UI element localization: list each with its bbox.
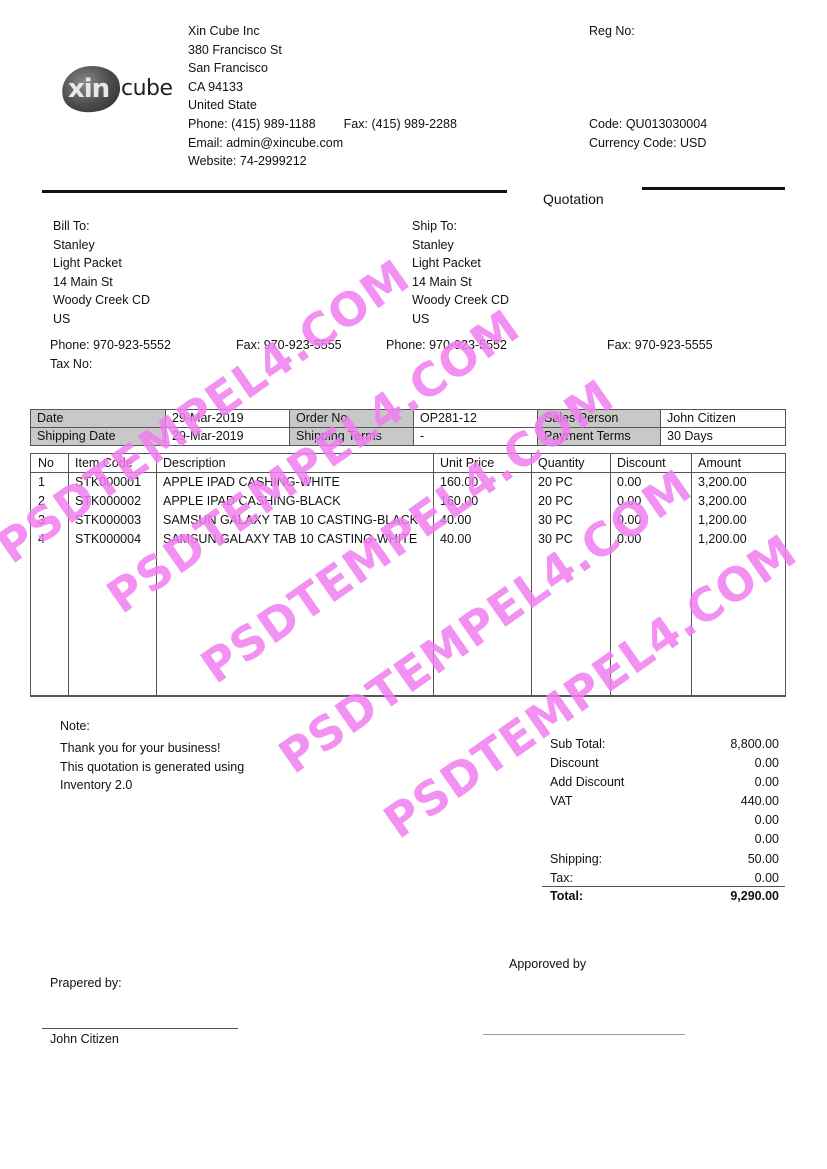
cell-quantity: 20 PC	[538, 492, 573, 511]
company-details: Xin Cube Inc 380 Francisco St San Franci…	[188, 22, 457, 171]
reg-no: Reg No:	[589, 22, 635, 41]
totals-row: Tax:0.00	[550, 869, 779, 888]
document-title: Quotation	[543, 190, 604, 209]
totals-row: Shipping:50.00	[550, 850, 779, 869]
ship-to-line: Stanley	[412, 236, 509, 255]
column-divider	[68, 454, 69, 695]
totals-value: 50.00	[748, 850, 779, 869]
totals-row: Add Discount0.00	[550, 773, 779, 792]
bill-to-line: Woody Creek CD	[53, 291, 150, 310]
cell-description: SAMSUN GALAXY TAB 10 CASTING-BLACK	[163, 511, 418, 530]
cell-discount: 0.00	[617, 473, 641, 492]
ship-to-label: Ship To:	[412, 217, 509, 236]
cell-unit-price: 40.00	[440, 530, 471, 549]
totals-value: 0.00	[755, 773, 779, 792]
info-value: 30 Days	[661, 428, 786, 446]
info-value: John Citizen	[661, 410, 786, 428]
approved-signature-line	[483, 1034, 685, 1035]
totals-label: Discount	[550, 754, 599, 773]
totals-label: Sub Total:	[550, 735, 605, 754]
company-phone-fax: Phone: (415) 989-1188Fax: (415) 989-2288	[188, 115, 457, 134]
column-divider	[691, 454, 692, 695]
totals-value: 0.00	[755, 754, 779, 773]
cell-unit-price: 160.00	[440, 473, 478, 492]
cell-no: 3	[38, 511, 45, 530]
info-label: Order No	[290, 410, 414, 428]
grand-total-label: Total:	[550, 887, 583, 906]
totals-row: VAT440.00	[550, 792, 779, 811]
totals-value: 8,800.00	[730, 735, 779, 754]
cell-quantity: 20 PC	[538, 473, 573, 492]
cell-description: APPLE IPAD CASHING-BLACK	[163, 492, 341, 511]
cell-no: 1	[38, 473, 45, 492]
header-rule-left	[42, 190, 507, 193]
totals-row: 0.00	[550, 830, 779, 849]
bill-to-block: Bill To: Stanley Light Packet 14 Main St…	[53, 217, 150, 329]
totals-row: 0.00	[550, 811, 779, 830]
company-fax: Fax: (415) 989-2288	[344, 117, 457, 131]
cell-description: SAMSUN GALAXY TAB 10 CASTING-WHITE	[163, 530, 417, 549]
totals-block: Sub Total:8,800.00Discount0.00Add Discou…	[550, 735, 779, 888]
cell-unit-price: 40.00	[440, 511, 471, 530]
cell-discount: 0.00	[617, 511, 641, 530]
cell-item-code: STK000001	[75, 473, 141, 492]
quotation-code: Code: QU013030004	[589, 115, 707, 134]
cell-amount: 3,200.00	[698, 473, 747, 492]
bill-to-phone: Phone: 970-923-5552	[50, 336, 171, 355]
cell-amount: 1,200.00	[698, 511, 747, 530]
bill-to-line: Stanley	[53, 236, 150, 255]
column-divider	[610, 454, 611, 695]
company-address-line: 380 Francisco St	[188, 41, 457, 60]
bill-to-line: Light Packet	[53, 254, 150, 273]
column-header-description: Description	[163, 454, 226, 473]
info-label: Payment Terms	[538, 428, 661, 446]
cell-item-code: STK000004	[75, 530, 141, 549]
column-divider	[156, 454, 157, 695]
column-divider	[433, 454, 434, 695]
tax-no: Tax No:	[50, 355, 92, 374]
cell-description: APPLE IPAD CASHING-WHITE	[163, 473, 340, 492]
cell-amount: 1,200.00	[698, 530, 747, 549]
column-header-quantity: Quantity	[538, 454, 585, 473]
note-line: This quotation is generated using	[60, 758, 244, 777]
bill-to-fax: Fax: 970-923-5555	[236, 336, 342, 355]
items-header-divider	[31, 472, 785, 473]
company-email: Email: admin@xincube.com	[188, 134, 457, 153]
totals-label: Tax:	[550, 869, 573, 888]
company-address-line: United State	[188, 96, 457, 115]
grand-total-value: 9,290.00	[730, 887, 779, 906]
totals-label: Add Discount	[550, 773, 624, 792]
info-label: Date	[31, 410, 166, 428]
cell-no: 4	[38, 530, 45, 549]
totals-value: 0.00	[755, 830, 779, 849]
company-address-line: San Francisco	[188, 59, 457, 78]
note-line: Inventory 2.0	[60, 776, 244, 795]
info-value: -	[414, 428, 538, 446]
column-divider	[531, 454, 532, 695]
order-info-grid: Date 29-Mar-2019 Order No OP281-12 Sales…	[30, 409, 786, 446]
note-line: Thank you for your business!	[60, 739, 244, 758]
header-rule-right	[642, 187, 785, 190]
totals-row: Discount0.00	[550, 754, 779, 773]
note-label: Note:	[60, 717, 90, 736]
info-value: 29-Mar-2019	[166, 428, 290, 446]
info-value: 29-Mar-2019	[166, 410, 290, 428]
bill-to-label: Bill To:	[53, 217, 150, 236]
quotation-meta: Code: QU013030004 Currency Code: USD	[589, 115, 707, 152]
column-header-no: No	[38, 454, 54, 473]
column-header-item-code: Item Code	[75, 454, 133, 473]
cell-unit-price: 160.00	[440, 492, 478, 511]
info-row: Shipping Date 29-Mar-2019 Shipping Terms…	[31, 428, 786, 446]
ship-to-line: Woody Creek CD	[412, 291, 509, 310]
ship-to-block: Ship To: Stanley Light Packet 14 Main St…	[412, 217, 509, 329]
prepared-by-name: John Citizen	[50, 1030, 119, 1049]
company-phone: Phone: (415) 989-1188	[188, 117, 316, 131]
totals-label: VAT	[550, 792, 572, 811]
cell-amount: 3,200.00	[698, 492, 747, 511]
prepared-signature-line	[42, 1028, 238, 1029]
info-value: OP281-12	[414, 410, 538, 428]
prepared-by-label: Prapered by:	[50, 974, 122, 993]
info-label: Shipping Terms	[290, 428, 414, 446]
bill-to-line: US	[53, 310, 150, 329]
company-website: Website: 74-2999212	[188, 152, 457, 171]
totals-label: Shipping:	[550, 850, 602, 869]
logo-text-cube: cube	[121, 76, 173, 101]
cell-quantity: 30 PC	[538, 530, 573, 549]
column-header-amount: Amount	[698, 454, 741, 473]
note-body: Thank you for your business! This quotat…	[60, 739, 244, 795]
ship-to-fax: Fax: 970-923-5555	[607, 336, 713, 355]
cell-discount: 0.00	[617, 530, 641, 549]
info-label: Shipping Date	[31, 428, 166, 446]
company-name: Xin Cube Inc	[188, 22, 457, 41]
cell-item-code: STK000003	[75, 511, 141, 530]
bill-to-line: 14 Main St	[53, 273, 150, 292]
ship-to-line: 14 Main St	[412, 273, 509, 292]
column-header-discount: Discount	[617, 454, 666, 473]
ship-to-line: Light Packet	[412, 254, 509, 273]
column-header-unit-price: Unit Price	[440, 454, 494, 473]
cell-no: 2	[38, 492, 45, 511]
info-row: Date 29-Mar-2019 Order No OP281-12 Sales…	[31, 410, 786, 428]
totals-row: Sub Total:8,800.00	[550, 735, 779, 754]
logo-text-xin: xin	[68, 74, 109, 104]
items-table: NoItem CodeDescriptionUnit PriceQuantity…	[30, 453, 786, 697]
totals-value: 0.00	[755, 811, 779, 830]
totals-value: 440.00	[741, 792, 779, 811]
company-address-line: CA 94133	[188, 78, 457, 97]
grand-total-row: Total: 9,290.00	[550, 887, 779, 906]
ship-to-line: US	[412, 310, 509, 329]
cell-item-code: STK000002	[75, 492, 141, 511]
company-logo: xin cube	[62, 64, 172, 114]
info-label: Sales Person	[538, 410, 661, 428]
totals-value: 0.00	[755, 869, 779, 888]
currency-code: Currency Code: USD	[589, 134, 707, 153]
ship-to-phone: Phone: 970-923-5552	[386, 336, 507, 355]
approved-by-label: Apporoved by	[509, 955, 586, 974]
cell-quantity: 30 PC	[538, 511, 573, 530]
cell-discount: 0.00	[617, 492, 641, 511]
